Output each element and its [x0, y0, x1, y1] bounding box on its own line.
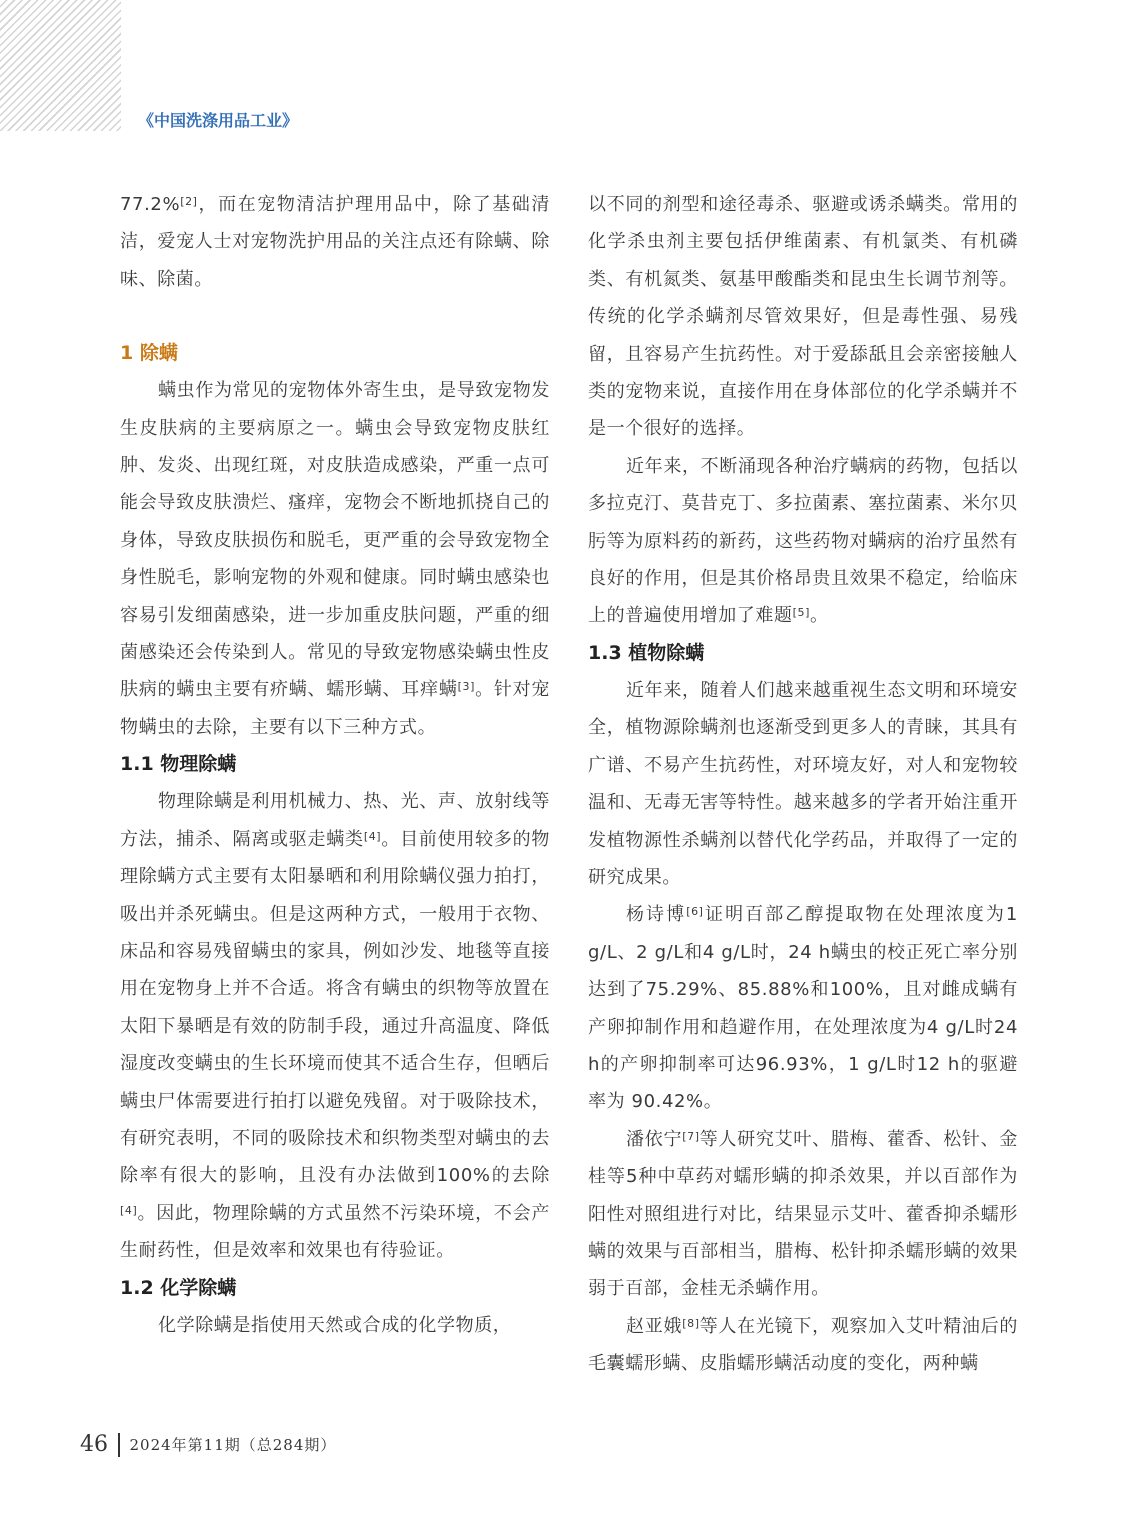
- decorative-stripes: [0, 0, 121, 131]
- paragraph: 赵亚娥[8]等人在光镜下，观察加入艾叶精油后的毛囊蠕形螨、皮脂蠕形螨活动度的变化…: [588, 1308, 1018, 1383]
- text: 杨诗博: [626, 904, 686, 925]
- paragraph: 以不同的剂型和途径毒杀、驱避或诱杀螨类。常用的化学杀虫剂主要包括伊维菌素、有机氯…: [588, 186, 1018, 448]
- subsection-heading: 1.1 物理除螨: [120, 746, 550, 783]
- text: 赵亚娥: [626, 1316, 682, 1337]
- citation: [4]: [364, 830, 381, 843]
- citation: [8]: [682, 1317, 699, 1330]
- page-number: 46: [80, 1432, 108, 1457]
- citation: [3]: [458, 680, 475, 693]
- citation: [6]: [686, 905, 703, 918]
- text: 77.2%: [120, 194, 180, 215]
- citation: [5]: [793, 606, 810, 619]
- text: 。: [810, 605, 829, 626]
- citation: [2]: [180, 195, 197, 208]
- subsection-heading: 1.3 植物除螨: [588, 635, 1018, 672]
- journal-title: 《中国洗涤用品工业》: [138, 108, 298, 131]
- paragraph: 螨虫作为常见的宠物体外寄生虫，是导致宠物发生皮肤病的主要病原之一。螨虫会导致宠物…: [120, 372, 550, 746]
- citation: [7]: [682, 1130, 699, 1143]
- text: ，而在宠物清洁护理用品中，除了基础清洁，爱宠人士对宠物洗护用品的关注点还有除螨、…: [120, 194, 550, 290]
- subsection-heading: 1.2 化学除螨: [120, 1270, 550, 1307]
- text: 潘依宁: [626, 1129, 682, 1150]
- left-column: 77.2%[2]，而在宠物清洁护理用品中，除了基础清洁，爱宠人士对宠物洗护用品的…: [120, 186, 550, 1344]
- text: 螨虫作为常见的宠物体外寄生虫，是导致宠物发生皮肤病的主要病原之一。螨虫会导致宠物…: [120, 380, 550, 700]
- paragraph: 物理除螨是利用机械力、热、光、声、放射线等方法，捕杀、隔离或驱走螨类[4]。目前…: [120, 783, 550, 1269]
- text: 近年来，不断涌现各种治疗螨病的药物，包括以多拉克汀、莫昔克丁、多拉菌素、塞拉菌素…: [588, 456, 1018, 627]
- footer-divider: [118, 1433, 120, 1457]
- paragraph: 潘依宁[7]等人研究艾叶、腊梅、藿香、松针、金桂等5种中草药对蠕形螨的抑杀效果，…: [588, 1121, 1018, 1308]
- text: 证明百部乙醇提取物在处理浓度为1 g/L、2 g/L和4 g/L时，24 h螨虫…: [588, 904, 1018, 1112]
- paragraph: 近年来，不断涌现各种治疗螨病的药物，包括以多拉克汀、莫昔克丁、多拉菌素、塞拉菌素…: [588, 448, 1018, 635]
- issue-info: 2024年第11期（总284期）: [130, 1434, 337, 1455]
- section-heading: 1 除螨: [120, 335, 550, 372]
- paragraph: 77.2%[2]，而在宠物清洁护理用品中，除了基础清洁，爱宠人士对宠物洗护用品的…: [120, 186, 550, 298]
- text: 。因此，物理除螨的方式虽然不污染环境，不会产生耐药性，但是效率和效果也有待验证。: [120, 1203, 550, 1261]
- text: 。目前使用较多的物理除螨方式主要有太阳暴晒和利用除螨仪强力拍打，吸出并杀死螨虫。…: [120, 829, 550, 1187]
- citation: [4]: [120, 1204, 137, 1217]
- text: 等人研究艾叶、腊梅、藿香、松针、金桂等5种中草药对蠕形螨的抑杀效果，并以百部作为…: [588, 1129, 1018, 1300]
- paragraph: 杨诗博[6]证明百部乙醇提取物在处理浓度为1 g/L、2 g/L和4 g/L时，…: [588, 896, 1018, 1120]
- paragraph: 化学除螨是指使用天然或合成的化学物质，: [120, 1307, 550, 1344]
- page-footer: 46 2024年第11期（总284期）: [80, 1432, 336, 1457]
- paragraph: 近年来，随着人们越来越重视生态文明和环境安全，植物源除螨剂也逐渐受到更多人的青睐…: [588, 672, 1018, 896]
- right-column: 以不同的剂型和途径毒杀、驱避或诱杀螨类。常用的化学杀虫剂主要包括伊维菌素、有机氯…: [588, 186, 1018, 1383]
